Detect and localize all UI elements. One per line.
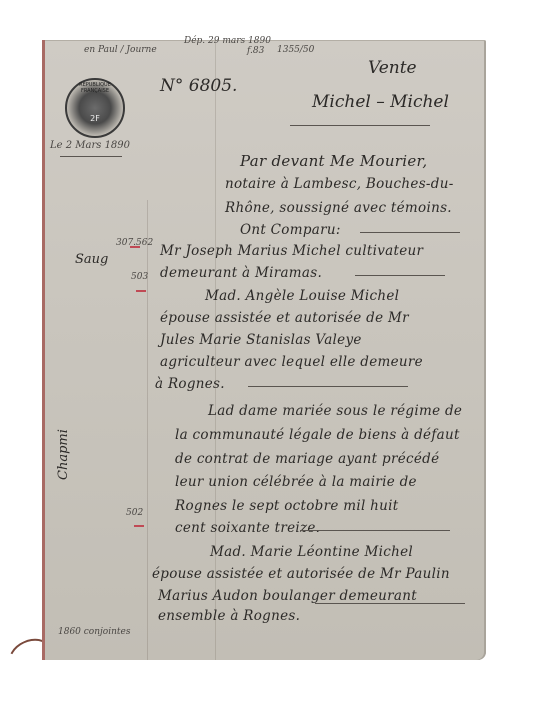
margin-line (147, 200, 148, 660)
divider (60, 156, 122, 157)
body-line: Rognes le sept octobre mil huit (175, 498, 399, 514)
note-left-number-2: 503 (131, 272, 148, 282)
red-mark (134, 525, 144, 527)
body-line: Par devant Me Mourier, (240, 152, 427, 170)
body-line: Jules Marie Stanislas Valeye (160, 332, 362, 348)
parties-heading: Michel – Michel (312, 92, 449, 112)
body-line: Ont Comparu: (240, 222, 341, 238)
note-registry: Dép. 29 mars 1890 (184, 36, 271, 46)
body-line: de contrat de mariage ayant précédé (175, 451, 439, 467)
body-line: demeurant à Miramas. (160, 265, 322, 281)
divider (290, 125, 430, 126)
body-line: cent soixante treize. (175, 520, 320, 536)
fiscal-stamp-seal: RÉPUBLIQUE FRANÇAISE 2F (65, 78, 125, 138)
margin-signature: Saug (75, 252, 108, 267)
note-left-number-3: 502 (126, 508, 143, 518)
body-line: Mad. Marie Léontine Michel (210, 544, 413, 560)
body-line: Mad. Angèle Louise Michel (205, 288, 399, 304)
note-bottom-left: 1860 conjointes (58, 627, 130, 637)
seal-value: 2F (90, 114, 100, 123)
body-line: notaire à Lambesc, Bouches-du- (225, 176, 454, 192)
divider (360, 232, 460, 233)
body-line: Marius Audon boulanger demeurant (158, 588, 417, 604)
body-line: épouse assistée et autorisée de Mr Pauli… (152, 566, 450, 582)
divider (248, 386, 408, 387)
body-line: Rhône, soussigné avec témoins. (225, 200, 452, 216)
act-number: N° 6805. (160, 76, 237, 96)
date-under-seal: Le 2 Mars 1890 (50, 140, 130, 151)
body-line: épouse assistée et autorisée de Mr (160, 310, 409, 326)
red-edge (42, 40, 45, 660)
note-vertical: Chapmi (56, 429, 71, 480)
note-folio: f.83 (247, 46, 264, 56)
divider (315, 603, 465, 604)
divider (300, 530, 450, 531)
divider (355, 275, 445, 276)
deed-title: Vente (368, 58, 417, 78)
body-line: Lad dame mariée sous le régime de (208, 403, 462, 419)
body-line: leur union célébrée à la mairie de (175, 474, 417, 490)
body-line: à Rognes. (155, 376, 225, 392)
note-top-left: en Paul / Journe (84, 45, 157, 55)
seal-text: RÉPUBLIQUE FRANÇAISE (67, 82, 123, 94)
body-line: la communauté légale de biens à défaut (175, 427, 460, 443)
red-mark (130, 246, 140, 248)
body-line: ensemble à Rognes. (158, 608, 300, 624)
body-line: Mr Joseph Marius Michel cultivateur (160, 243, 423, 259)
body-line: agriculteur avec lequel elle demeure (160, 354, 423, 370)
note-number: 1355/50 (277, 45, 314, 55)
red-mark (136, 290, 146, 292)
